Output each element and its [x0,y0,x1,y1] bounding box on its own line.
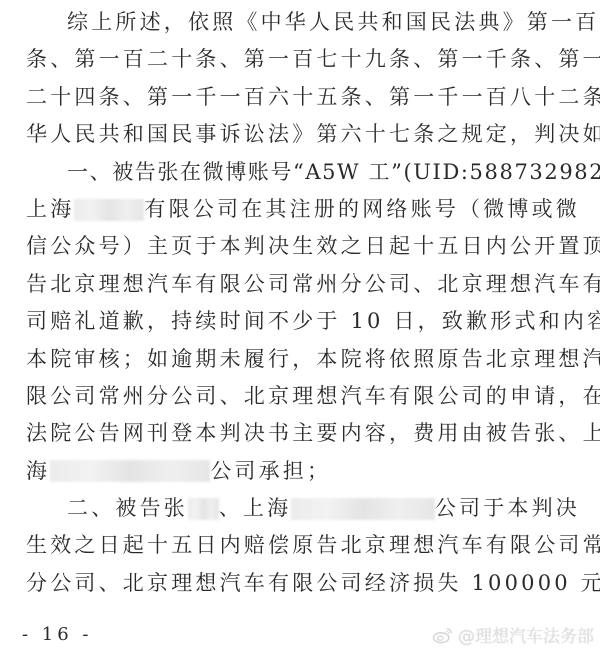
text-segment: 公司承担； [210,453,331,490]
text-line: 本院审核；如逾期未履行，本院将依照原告北京理想汽车有 [26,341,580,378]
text-line: 信公众号）主页于本判决生效之日起十五日内公开置顶向原 [26,228,580,265]
text-segment: 在微博账号“A5W 工”(UID:5887329828)、 [180,154,600,191]
redacted-name [188,498,219,520]
text-line: 生效之日起十五日内赔偿原告北京理想汽车有限公司常州 [26,527,580,564]
text-line: 海 公司承担； [26,453,580,490]
text-line: 二十四条、第一千一百六十五条、第一千一百八十二条，《中 [26,79,580,116]
text-line: 上海 有限公司在其注册的网络账号（微博或微 [26,191,580,228]
text-line: 限公司常州分公司、北京理想汽车有限公司的申请，在人民 [26,378,580,415]
text-segment: 、上海 [219,490,292,527]
text-segment: 二、被告张 [67,490,188,527]
text-segment: 公司于本判决 [435,490,580,527]
text-segment: 上海 [26,191,74,228]
text-line: 司赔礼道歉，持续时间不少于 10 日，致歉形式和内容须经 [26,303,580,340]
text-line: 条、第一百二十条、第一百七十九条、第一千条、第一千零 [26,41,580,78]
page-number: - 16 - [22,624,93,645]
text-line: 分公司、北京理想汽车有限公司经济损失 100000 元以及律 [26,565,580,602]
watermark-text: @理想汽车法务部 [458,622,594,647]
redacted-company [291,498,434,520]
text-segment: 法院公告网刊登本判决书主要内容，费用由被告张 [26,415,558,452]
text-line-ruling-2: 二、被告张 、上海 公司于本判决 [26,490,580,527]
redacted-company [50,460,210,482]
text-line: 综上所述，依照《中华人民共和国民法典》第一百一十 [26,4,580,41]
text-segment: 有限公司在其注册的网络账号（微博或微 [144,191,580,228]
judgment-document: 综上所述，依照《中华人民共和国民法典》第一百一十 条、第一百二十条、第一百七十九… [26,4,580,602]
text-line: 告北京理想汽车有限公司常州分公司、北京理想汽车有限公 [26,266,580,303]
text-line-ruling-1: 一、被告张 在微博账号“A5W 工”(UID:5887329828)、 [26,154,580,191]
weibo-icon [432,626,454,644]
redacted-company [74,199,144,221]
text-segment: 海 [26,453,50,490]
text-segment: 一、被告张 [67,154,180,191]
text-segment: 、上 [558,415,600,452]
text-line: 华人民共和国民事诉讼法》第六十七条之规定，判决如下： [26,116,580,153]
text-line: 法院公告网刊登本判决书主要内容，费用由被告张 、上 [26,415,580,452]
weibo-watermark: @理想汽车法务部 [432,622,594,647]
